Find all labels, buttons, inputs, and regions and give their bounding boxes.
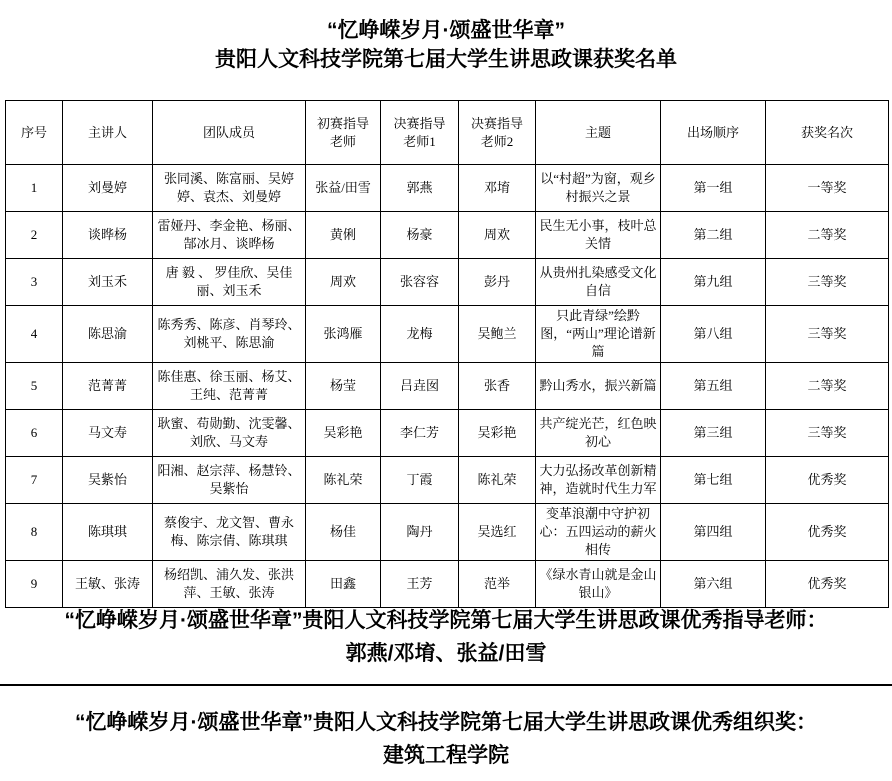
cell-final-advisor-1: 丁霞 [381,457,459,504]
column-header-index: 序号 [6,101,63,165]
cell-index: 2 [6,212,63,259]
cell-prelim-advisor: 杨莹 [306,363,381,410]
best-advisors-note: “忆峥嵘岁月·颂盛世华章”贵阳人文科技学院第七届大学生讲思政课优秀指导老师： 郭… [0,604,892,670]
cell-final-advisor-2: 周欢 [459,212,536,259]
cell-final-advisor-1: 王芳 [381,561,459,608]
cell-order: 第一组 [661,165,766,212]
cell-final-advisor-2: 范举 [459,561,536,608]
cell-theme: 民生无小事，枝叶总关情 [536,212,661,259]
column-header-team: 团队成员 [153,101,306,165]
table-row: 1 刘曼婷 张同溪、陈富丽、吴婷婷、袁杰、刘曼婷 张益/田雪 郭燕 邓堉 以“村… [6,165,889,212]
cell-team: 陈佳惠、徐玉丽、杨艾、王纯、范菁菁 [153,363,306,410]
awards-table: 序号 主讲人 团队成员 初赛指导 老师 决赛指导 老师1 决赛指导 老师2 主题… [5,100,889,608]
cell-index: 8 [6,504,63,561]
cell-speaker: 陈思渝 [63,306,153,363]
cell-index: 3 [6,259,63,306]
column-header-speaker: 主讲人 [63,101,153,165]
cell-award: 优秀奖 [766,457,889,504]
document-title: “忆峥嵘岁月·颂盛世华章” 贵阳人文科技学院第七届大学生讲思政课获奖名单 [0,16,892,74]
table-row: 7 吴紫怡 阳湘、赵宗萍、杨慧铃、吴紫怡 陈礼荣 丁霞 陈礼荣 大力弘扬改革创新… [6,457,889,504]
cell-index: 5 [6,363,63,410]
cell-speaker: 王敏、张涛 [63,561,153,608]
cell-speaker: 刘玉禾 [63,259,153,306]
cell-team: 杨绍凯、浦久发、张洪萍、王敏、张涛 [153,561,306,608]
cell-final-advisor-2: 邓堉 [459,165,536,212]
cell-theme: 共产绽光芒，红色映初心 [536,410,661,457]
table-row: 3 刘玉禾 唐 毅 、 罗佳欣、吴佳丽、刘玉禾 周欢 张容容 彭丹 从贵州扎染感… [6,259,889,306]
cell-team: 张同溪、陈富丽、吴婷婷、袁杰、刘曼婷 [153,165,306,212]
cell-final-advisor-1: 陶丹 [381,504,459,561]
cell-order: 第二组 [661,212,766,259]
best-organization-title: “忆峥嵘岁月·颂盛世华章”贵阳人文科技学院第七届大学生讲思政课优秀组织奖： [0,706,892,739]
cell-final-advisor-1: 杨豪 [381,212,459,259]
cell-speaker: 陈琪琪 [63,504,153,561]
cell-final-advisor-1: 郭燕 [381,165,459,212]
cell-prelim-advisor: 吴彩艳 [306,410,381,457]
cell-order: 第三组 [661,410,766,457]
cell-award: 优秀奖 [766,504,889,561]
column-header-order: 出场顺序 [661,101,766,165]
cell-prelim-advisor: 杨佳 [306,504,381,561]
column-header-final-advisor-2: 决赛指导 老师2 [459,101,536,165]
cell-final-advisor-2: 彭丹 [459,259,536,306]
cell-final-advisor-2: 吴彩艳 [459,410,536,457]
cell-order: 第六组 [661,561,766,608]
cell-final-advisor-2: 吴鲍兰 [459,306,536,363]
cell-speaker: 刘曼婷 [63,165,153,212]
cell-prelim-advisor: 陈礼荣 [306,457,381,504]
cell-speaker: 马文寿 [63,410,153,457]
cell-award: 优秀奖 [766,561,889,608]
cell-order: 第四组 [661,504,766,561]
cell-final-advisor-1: 吕垚囡 [381,363,459,410]
cell-speaker: 吴紫怡 [63,457,153,504]
column-header-prelim-advisor: 初赛指导 老师 [306,101,381,165]
cell-index: 6 [6,410,63,457]
table-row: 8 陈琪琪 蔡俊宇、龙文智、曹永梅、陈宗倩、陈琪琪 杨佳 陶丹 吴选红 变革浪潮… [6,504,889,561]
title-line-1: “忆峥嵘岁月·颂盛世华章” [0,16,892,45]
cell-theme: 黔山秀水，振兴新篇 [536,363,661,410]
cell-theme: 《绿水青山就是金山银山》 [536,561,661,608]
cell-team: 阳湘、赵宗萍、杨慧铃、吴紫怡 [153,457,306,504]
cell-award: 三等奖 [766,410,889,457]
cell-team: 蔡俊宇、龙文智、曹永梅、陈宗倩、陈琪琪 [153,504,306,561]
best-advisors-names: 郭燕/邓堉、张益/田雪 [0,637,892,670]
cell-index: 7 [6,457,63,504]
cell-theme: 从贵州扎染感受文化自信 [536,259,661,306]
table-row: 2 谈晔杨 雷娅丹、李金艳、杨丽、郜冰月、谈晔杨 黄俐 杨豪 周欢 民生无小事，… [6,212,889,259]
cell-theme: 以“村超”为窗，观乡村振兴之景 [536,165,661,212]
cell-order: 第八组 [661,306,766,363]
cell-index: 1 [6,165,63,212]
cell-team: 唐 毅 、 罗佳欣、吴佳丽、刘玉禾 [153,259,306,306]
cell-speaker: 谈晔杨 [63,212,153,259]
cell-final-advisor-1: 龙梅 [381,306,459,363]
column-header-theme: 主题 [536,101,661,165]
cell-speaker: 范菁菁 [63,363,153,410]
cell-final-advisor-1: 张容容 [381,259,459,306]
cell-theme: 变革浪潮中守护初心：五四运动的薪火相传 [536,504,661,561]
table-row: 5 范菁菁 陈佳惠、徐玉丽、杨艾、王纯、范菁菁 杨莹 吕垚囡 张香 黔山秀水，振… [6,363,889,410]
cell-theme: 大力弘扬改革创新精神，造就时代生力军 [536,457,661,504]
cell-final-advisor-2: 张香 [459,363,536,410]
cell-order: 第九组 [661,259,766,306]
cell-theme: 只此青绿”绘黔图，“两山”理论谱新篇 [536,306,661,363]
table-row: 9 王敏、张涛 杨绍凯、浦久发、张洪萍、王敏、张涛 田鑫 王芳 范举 《绿水青山… [6,561,889,608]
cell-award: 一等奖 [766,165,889,212]
cell-final-advisor-1: 李仁芳 [381,410,459,457]
cell-order: 第五组 [661,363,766,410]
best-organization-name: 建筑工程学院 [0,739,892,772]
cell-award: 二等奖 [766,212,889,259]
column-header-final-advisor-1: 决赛指导 老师1 [381,101,459,165]
header-row: 序号 主讲人 团队成员 初赛指导 老师 决赛指导 老师1 决赛指导 老师2 主题… [6,101,889,165]
column-header-award: 获奖名次 [766,101,889,165]
cell-prelim-advisor: 张鸿雁 [306,306,381,363]
cell-final-advisor-2: 陈礼荣 [459,457,536,504]
cell-award: 三等奖 [766,306,889,363]
cell-award: 二等奖 [766,363,889,410]
cell-prelim-advisor: 张益/田雪 [306,165,381,212]
best-advisors-title: “忆峥嵘岁月·颂盛世华章”贵阳人文科技学院第七届大学生讲思政课优秀指导老师： [0,604,892,637]
cell-team: 陈秀秀、陈彦、肖琴玲、刘桃平、陈思渝 [153,306,306,363]
page-divider-line [0,684,892,686]
cell-team: 雷娅丹、李金艳、杨丽、郜冰月、谈晔杨 [153,212,306,259]
cell-prelim-advisor: 黄俐 [306,212,381,259]
cell-team: 耿蜜、苟勋勤、沈雯馨、刘欣、马文寿 [153,410,306,457]
cell-order: 第七组 [661,457,766,504]
table-row: 6 马文寿 耿蜜、苟勋勤、沈雯馨、刘欣、马文寿 吴彩艳 李仁芳 吴彩艳 共产绽光… [6,410,889,457]
table-row: 4 陈思渝 陈秀秀、陈彦、肖琴玲、刘桃平、陈思渝 张鸿雁 龙梅 吴鲍兰 只此青绿… [6,306,889,363]
cell-index: 4 [6,306,63,363]
cell-index: 9 [6,561,63,608]
cell-prelim-advisor: 田鑫 [306,561,381,608]
cell-award: 三等奖 [766,259,889,306]
best-organization-note: “忆峥嵘岁月·颂盛世华章”贵阳人文科技学院第七届大学生讲思政课优秀组织奖： 建筑… [0,706,892,772]
title-line-2: 贵阳人文科技学院第七届大学生讲思政课获奖名单 [0,45,892,74]
cell-final-advisor-2: 吴选红 [459,504,536,561]
cell-prelim-advisor: 周欢 [306,259,381,306]
